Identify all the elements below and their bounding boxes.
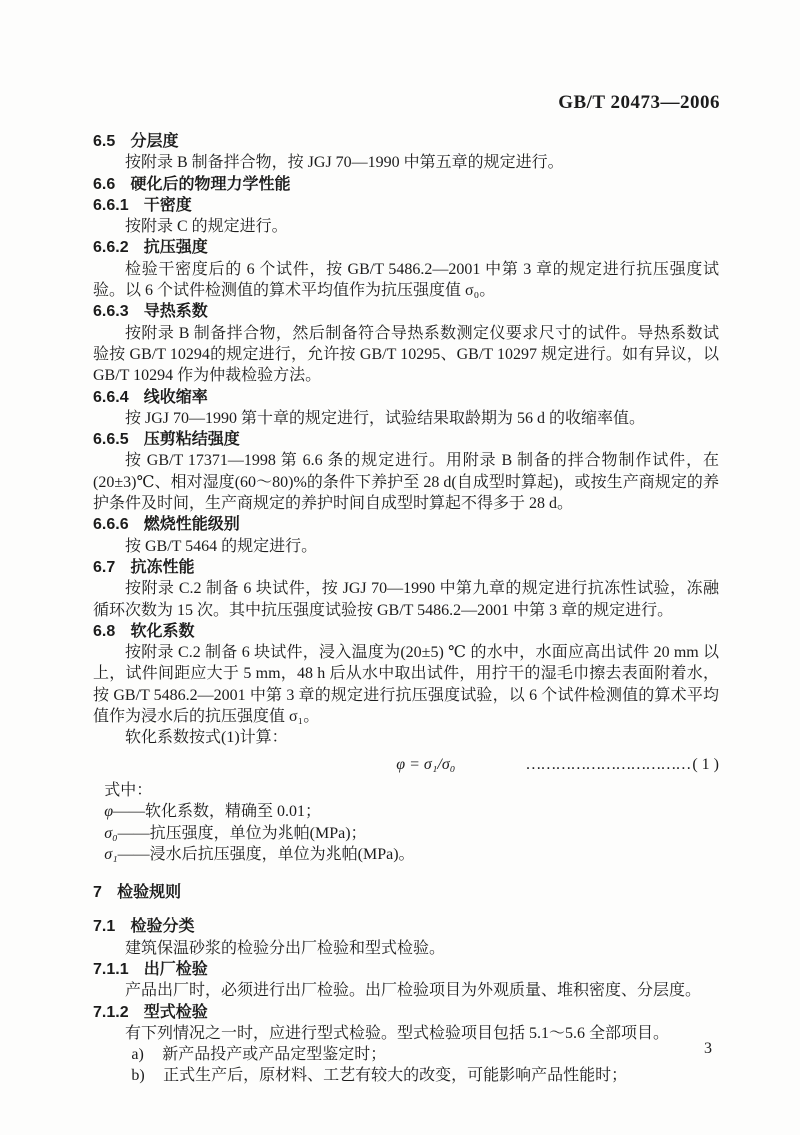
section-title: 硬化后的物理力学性能 bbox=[130, 176, 290, 193]
document-page: GB/T 20473—2006 6.5分层度按附录 B 制备拌合物，按 JGJ … bbox=[0, 0, 800, 1135]
symbol: σ₁ bbox=[104, 846, 117, 863]
section-title: 分层度 bbox=[130, 133, 178, 150]
section-heading: 6.8软化系数 bbox=[93, 621, 719, 642]
formula-dots: …………………………… bbox=[525, 754, 690, 775]
section-title: 型式检验 bbox=[144, 1004, 208, 1021]
section-heading: 6.7抗冻性能 bbox=[93, 557, 719, 578]
symbol-description: ——软化系数，精确至 0.01； bbox=[113, 803, 321, 820]
section-number: 6.6.1 bbox=[93, 197, 129, 214]
section-title: 燃烧性能级别 bbox=[144, 516, 240, 533]
section-title: 抗压强度 bbox=[144, 239, 208, 256]
formula-expression: φ = σ₁/σ₀ bbox=[396, 754, 455, 775]
where-clause: 式中： bbox=[104, 780, 719, 801]
symbol-definition: σ₁——浸水后抗压强度，单位为兆帕(MPa)。 bbox=[104, 844, 719, 865]
section-number: 6.8 bbox=[93, 623, 115, 640]
section-title: 检验分类 bbox=[130, 918, 194, 935]
page-number: 3 bbox=[704, 1040, 712, 1058]
section-title: 检验规则 bbox=[117, 884, 181, 901]
section-heading: 7.1检验分类 bbox=[93, 916, 719, 937]
section-heading: 7检验规则 bbox=[93, 882, 719, 903]
section-heading: 6.6.4线收缩率 bbox=[93, 387, 719, 408]
section-number: 7.1 bbox=[93, 918, 115, 935]
paragraph: 按附录 C.2 制备 6 块试件，浸入温度为(20±5) ℃ 的水中，水面应高出… bbox=[93, 642, 719, 727]
paragraph: 软化系数按式(1)计算： bbox=[93, 727, 719, 748]
paragraph: 有下列情况之一时，应进行型式检验。型式检验项目包括 5.1～5.6 全部项目。 bbox=[93, 1023, 719, 1044]
paragraph: 按附录 B 制备拌合物，然后制备符合导热系数测定仪要求尺寸的试件。导热系数试验按… bbox=[93, 323, 719, 387]
section-title: 压剪粘结强度 bbox=[144, 431, 240, 448]
list-text: 新产品投产或产品定型鉴定时； bbox=[162, 1046, 386, 1063]
list-item: b)正式生产后，原材料、工艺有较大的改变，可能影响产品性能时； bbox=[131, 1065, 719, 1086]
standard-code: GB/T 20473—2006 bbox=[558, 92, 720, 114]
section-heading: 6.6.6燃烧性能级别 bbox=[93, 514, 719, 535]
paragraph: 按 GB/T 5464 的规定进行。 bbox=[93, 536, 719, 557]
section-number: 7.1.2 bbox=[93, 1004, 129, 1021]
section-number: 7 bbox=[93, 884, 102, 901]
formula-number: ( 1 ) bbox=[692, 754, 719, 775]
document-body: 6.5分层度按附录 B 制备拌合物，按 JGJ 70—1990 中第五章的规定进… bbox=[93, 131, 719, 1087]
list-text: 正式生产后，原材料、工艺有较大的改变，可能影响产品性能时； bbox=[163, 1067, 627, 1084]
section-title: 软化系数 bbox=[130, 623, 194, 640]
symbol-definition: φ——软化系数，精确至 0.01； bbox=[104, 801, 719, 822]
section-number: 6.6.6 bbox=[93, 516, 129, 533]
list-marker: b) bbox=[131, 1067, 144, 1084]
paragraph: 按附录 C 的规定进行。 bbox=[93, 216, 719, 237]
section-heading: 6.6.3导热系数 bbox=[93, 301, 719, 322]
paragraph: 产品出厂时，必须进行出厂检验。出厂检验项目为外观质量、堆积密度、分层度。 bbox=[93, 980, 719, 1001]
section-title: 线收缩率 bbox=[144, 389, 208, 406]
paragraph: 按附录 B 制备拌合物，按 JGJ 70—1990 中第五章的规定进行。 bbox=[93, 152, 719, 173]
symbol-definition: σ₀——抗压强度，单位为兆帕(MPa)； bbox=[104, 823, 719, 844]
symbol-description: ——浸水后抗压强度，单位为兆帕(MPa)。 bbox=[118, 846, 415, 863]
list-item: a)新产品投产或产品定型鉴定时； bbox=[131, 1044, 719, 1065]
formula-leader: ……………………………( 1 ) bbox=[455, 754, 719, 775]
paragraph: 按 JGJ 70—1990 第十章的规定进行，试验结果取龄期为 56 d 的收缩… bbox=[93, 408, 719, 429]
formula: φ = σ₁/σ₀……………………………( 1 ) bbox=[93, 754, 719, 775]
symbol: σ₀ bbox=[104, 825, 117, 842]
section-heading: 6.6硬化后的物理力学性能 bbox=[93, 174, 719, 195]
section-number: 6.7 bbox=[93, 559, 115, 576]
symbol: φ bbox=[104, 803, 113, 820]
paragraph: 按 GB/T 17371—1998 第 6.6 条的规定进行。用附录 B 制备的… bbox=[93, 450, 719, 514]
section-title: 抗冻性能 bbox=[130, 559, 194, 576]
paragraph: 建筑保温砂浆的检验分出厂检验和型式检验。 bbox=[93, 938, 719, 959]
section-heading: 6.6.2抗压强度 bbox=[93, 237, 719, 258]
section-heading: 6.5分层度 bbox=[93, 131, 719, 152]
section-title: 导热系数 bbox=[144, 303, 208, 320]
section-number: 6.6.5 bbox=[93, 431, 129, 448]
section-heading: 6.6.1干密度 bbox=[93, 195, 719, 216]
paragraph: 按附录 C.2 制备 6 块试件，按 JGJ 70—1990 中第九章的规定进行… bbox=[93, 578, 719, 621]
section-number: 6.6.4 bbox=[93, 389, 129, 406]
section-heading: 7.1.2型式检验 bbox=[93, 1002, 719, 1023]
section-number: 6.5 bbox=[93, 133, 115, 150]
section-number: 7.1.1 bbox=[93, 961, 129, 978]
section-title: 干密度 bbox=[144, 197, 192, 214]
list-marker: a) bbox=[131, 1046, 143, 1063]
paragraph: 检验干密度后的 6 个试件，按 GB/T 5486.2—2001 中第 3 章的… bbox=[93, 259, 719, 302]
section-title: 出厂检验 bbox=[144, 961, 208, 978]
section-heading: 6.6.5压剪粘结强度 bbox=[93, 429, 719, 450]
section-number: 6.6.2 bbox=[93, 239, 129, 256]
section-number: 6.6 bbox=[93, 176, 115, 193]
symbol-description: ——抗压强度，单位为兆帕(MPa)； bbox=[118, 825, 367, 842]
section-heading: 7.1.1出厂检验 bbox=[93, 959, 719, 980]
section-number: 6.6.3 bbox=[93, 303, 129, 320]
